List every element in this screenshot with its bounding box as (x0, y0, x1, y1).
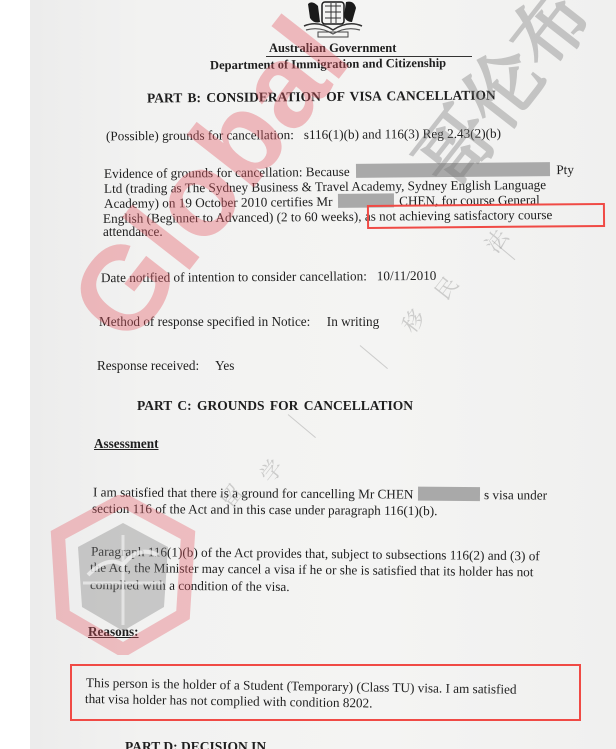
response-value: Yes (215, 358, 234, 373)
grounds-row: (Possible) grounds for cancellation: s11… (106, 126, 501, 144)
paragraph-text: the Act, the Minister may cancel a visa … (90, 560, 534, 580)
part-d-title: PART D: DECISION IN (125, 739, 266, 749)
grounds-value: s116(1)(b) and 116(3) Reg 2.43(2)(b) (304, 126, 501, 142)
document-page: Australian Government Department of Immi… (30, 0, 616, 749)
part-c-title: PART C: GROUNDS FOR CANCELLATION (137, 398, 413, 413)
assessment-heading: Assessment (94, 436, 158, 451)
redaction-bar (418, 487, 480, 501)
evidence-text: attendance. (103, 224, 163, 239)
date-notified-label: Date notified of intention to consider c… (101, 268, 367, 285)
paragraph-text: complied with a condition of the visa. (90, 577, 290, 594)
evidence-text: Pty (556, 162, 574, 177)
assessment-text: section 116 of the Act and in this case … (92, 501, 438, 518)
response-row: Response received: Yes (97, 358, 234, 373)
assessment-text: s visa under (484, 487, 547, 502)
redaction-bar (356, 162, 550, 178)
part-b-title: PART B: CONSIDERATION OF VISA CANCELLATI… (147, 87, 496, 105)
reasons-heading: Reasons: (88, 624, 139, 639)
watermark-char: 移 (394, 302, 432, 338)
response-label: Response received: (97, 358, 199, 373)
australian-coat-of-arms-icon (298, 0, 368, 42)
method-label: Method of response specified in Notice: (99, 314, 310, 329)
gov-name: Australian Government (269, 41, 396, 56)
watermark-divider (360, 345, 388, 369)
watermark-char: 学 (252, 452, 290, 488)
assessment-text: I am satisfied that there is a ground fo… (93, 484, 414, 501)
method-value: In writing (327, 314, 379, 329)
watermark-divider (492, 240, 516, 260)
highlight-box-attendance (367, 203, 605, 229)
method-row: Method of response specified in Notice: … (99, 314, 379, 329)
watermark-divider (288, 414, 316, 438)
department-name: Department of Immigration and Citizenshi… (210, 56, 446, 73)
grounds-label: (Possible) grounds for cancellation: (106, 127, 294, 143)
date-notified-row: Date notified of intention to consider c… (101, 268, 436, 285)
date-notified-value: 10/11/2010 (377, 268, 437, 283)
